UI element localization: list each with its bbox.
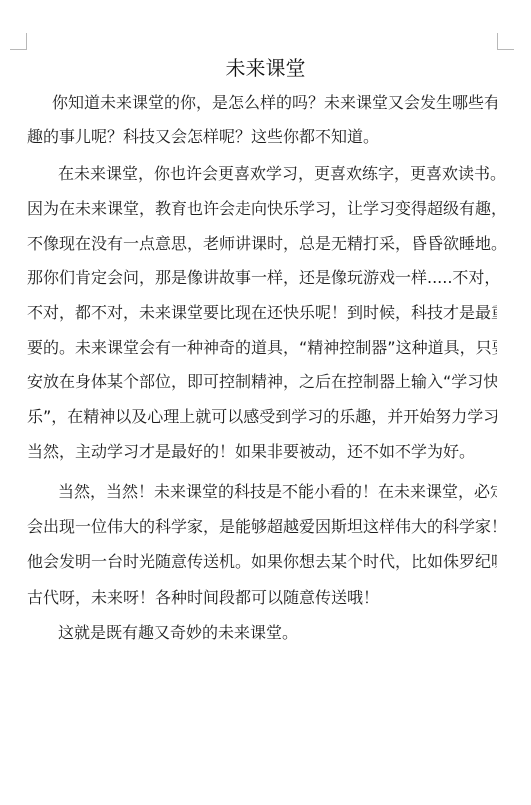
page-corner-mark-top-right [497,33,514,50]
text-line: 因为在未来课堂，教育也许会走向快乐学习，让学习变得超级有趣， [27,198,497,220]
text-line: 这就是既有趣又奇妙的未来课堂。 [58,622,497,644]
text-line: 当然，主动学习才是最好的！如果非要被动，还不如不学为好。 [27,441,497,463]
text-line: 会出现一位伟大的科学家，是能够超越爱因斯坦这样伟大的科学家！ [27,516,497,538]
text-line: 安放在身体某个部位，即可控制精神，之后在控制器上输入“学习快 [27,371,497,393]
text-line: 要的。未来课堂会有一种神奇的道具，“精神控制器”这种道具，只要 [27,337,497,359]
text-line: 你知道未来课堂的你，是怎么样的吗？未来课堂又会发生哪些有 [52,92,497,114]
text-line: 不对，都不对，未来课堂要比现在还快乐呢！到时候，科技才是最重 [27,302,497,324]
text-line: 那你们肯定会问，那是像讲故事一样，还是像玩游戏一样.....不对， [27,267,497,289]
document-title: 未来课堂 [0,56,531,80]
text-line: 在未来课堂，你也许会更喜欢学习，更喜欢练字，更喜欢读书。 [58,163,497,185]
page-corner-mark-top-left [10,33,27,50]
text-line: 当然，当然！未来课堂的科技是不能小看的！在未来课堂，必定 [58,481,497,503]
text-line: 趣的事儿呢？科技又会怎样呢？这些你都不知道。 [27,126,497,148]
text-line: 乐”，在精神以及心理上就可以感受到学习的乐趣，并开始努力学习。 [27,406,497,428]
text-line: 古代呀，未来呀！各种时间段都可以随意传送哦！ [27,587,497,609]
text-line: 不像现在没有一点意思，老师讲课时，总是无精打采，昏昏欲睡地。 [27,233,497,255]
text-line: 他会发明一台时光随意传送机。如果你想去某个时代，比如侏罗纪呀， [27,551,497,573]
